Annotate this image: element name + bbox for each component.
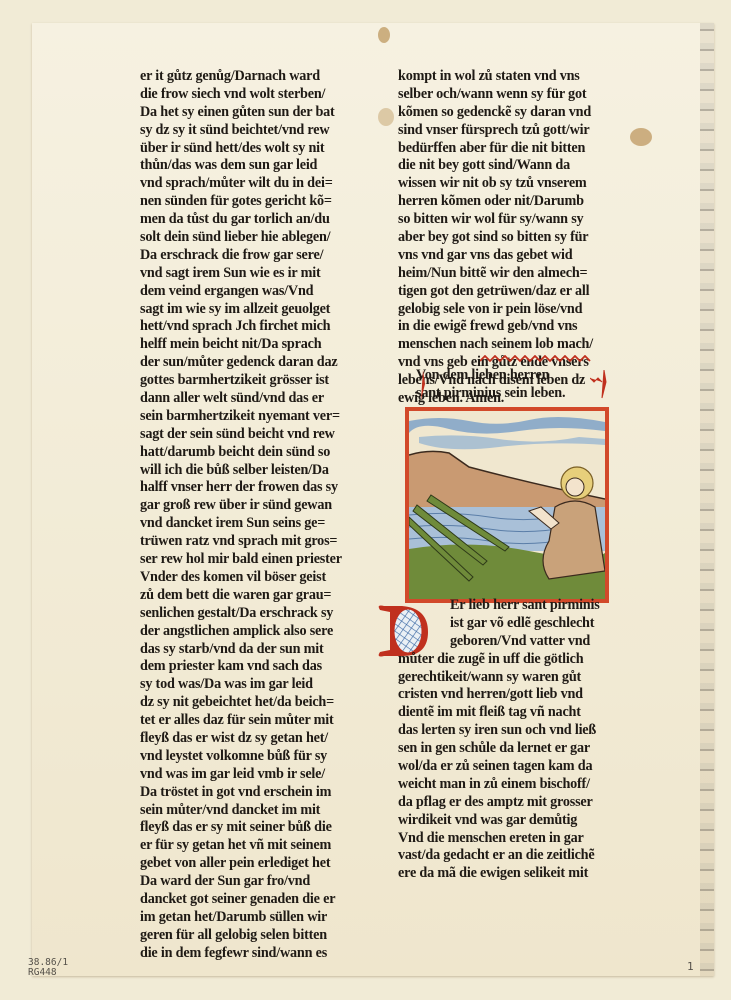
text-line: sein můter/vnd dancket im mit: [140, 802, 360, 820]
text-line: vnd leystet volkomne bůß für sy: [140, 748, 360, 766]
text-line: wol/da er zů seinen tagen kam da: [398, 758, 618, 776]
text-line: gar groß rew über ir sünd gewan: [140, 497, 360, 515]
text-line: menschen nach seinem lob mach/: [398, 336, 618, 354]
text-line: da pflag er des amptz mit grosser: [398, 794, 618, 812]
text-line: zů dem bett die waren gar grau=: [140, 587, 360, 605]
text-line: Vnder des komen vil böser geist: [140, 569, 360, 587]
text-line: sagt der sein sünd beicht vnd rew: [140, 426, 360, 444]
text-line: der sun/můter gedenck daran daz: [140, 354, 360, 372]
text-line: kõmen so gedenckẽ sy daran vnd: [398, 104, 618, 122]
text-line: ere da mã die ewigen selikeit mit: [398, 865, 618, 883]
text-line: so bitten wir wol für sy/wann sy: [398, 211, 618, 229]
text-line: er für sy getan het vñ mit seinem: [140, 837, 360, 855]
text-column-left: er it gůtz genůg/Darnach warddie frow si…: [140, 68, 360, 963]
text-line: vnd dancket irem Sun seins ge=: [140, 515, 360, 533]
text-line: helff mein beicht nit/Da sprach: [140, 336, 360, 354]
text-line: Er lieb herr sant pirminis: [398, 597, 618, 615]
rubric-stroke: [590, 370, 610, 400]
text-line: dann aller welt sünd/vnd das er: [140, 390, 360, 408]
text-line: über ir sünd hett/des wolt sy nit: [140, 140, 360, 158]
text-line: selber och/wann wenn sy für got: [398, 86, 618, 104]
text-line: vns vnd gar vns das gebet wid: [398, 247, 618, 265]
text-line: herren kõmen oder nit/Darumb: [398, 193, 618, 211]
text-line: sen in gen schůle da lernet er gar: [398, 740, 618, 758]
text-line: aber bey got sind so bitten sy für: [398, 229, 618, 247]
text-line: tigen got den getrüwen/daz er all: [398, 283, 618, 301]
text-line: cristen vnd herren/gott lieb vnd: [398, 686, 618, 704]
text-line: hett/vnd sprach Jch firchet mich: [140, 318, 360, 336]
text-line: sein barmhertzikeit nyemant ver=: [140, 408, 360, 426]
text-line: weicht man in zů einem bischoff/: [398, 776, 618, 794]
text-line: der angstlichen amplick also sere: [140, 623, 360, 641]
text-line: fleyß das er sy mit seiner bůß die: [140, 819, 360, 837]
text-line: dientẽ im mit fleiß tag vñ nacht: [398, 704, 618, 722]
text-line: wirdikeit vnd was gar demůtig: [398, 812, 618, 830]
text-line: im getan het/Darumb süllen wir: [140, 909, 360, 927]
text-line: Da het sy einen gůten sun der bat: [140, 104, 360, 122]
text-line: sagt im wie sy im allzeit geuolget: [140, 301, 360, 319]
rubric-flourish: [480, 355, 620, 365]
text-line: wissen wir nit ob sy tzů vnserem: [398, 175, 618, 193]
text-line: kompt in wol zů staten vnd vns: [398, 68, 618, 86]
text-line: dem veind ergangen was/Vnd: [140, 283, 360, 301]
text-line: vnd sprach/můter wilt du in dei=: [140, 175, 360, 193]
text-line: ist gar võ edlẽ geschlecht: [398, 615, 618, 633]
text-line: Da erschrack die frow gar sere/: [140, 247, 360, 265]
foxing-stain: [378, 108, 394, 126]
text-line: dem priester kam vnd sach das: [140, 658, 360, 676]
text-line: thůn/das was dem sun gar leid: [140, 157, 360, 175]
text-line: heim/Nun bittẽ wir den almech=: [398, 265, 618, 283]
text-line: fleyß das er wist dz sy getan het/: [140, 730, 360, 748]
folio-number: 1: [687, 960, 694, 973]
text-line: dancket got seiner genaden die er: [140, 891, 360, 909]
text-line: gebet von aller pein erlediget het: [140, 855, 360, 873]
text-line: men da tůst du gar torlich an/du: [140, 211, 360, 229]
text-line: nen sünden für gotes gericht kõ=: [140, 193, 360, 211]
text-column-right-bottom: Er lieb herr sant pirminisist gar võ edl…: [398, 597, 618, 883]
text-line: er it gůtz genůg/Darnach ward: [140, 68, 360, 86]
text-line: senlichen gestalt/Da erschrack sy: [140, 605, 360, 623]
text-line: Da ward der Sun gar fro/vnd: [140, 873, 360, 891]
foxing-stain: [630, 128, 652, 146]
text-line: gerechtikeit/wann sy waren gůt: [398, 669, 618, 687]
woodcut-illustration: [405, 407, 609, 603]
foxing-stain: [378, 27, 390, 43]
text-line: das lerten sy iren sun och vnd ließ: [398, 722, 618, 740]
text-line: sy tod was/Da was im gar leid: [140, 676, 360, 694]
text-line: hatt/darumb beicht dein sünd so: [140, 444, 360, 462]
text-line: dz sy nit gebeichtet het/da beich=: [140, 694, 360, 712]
text-line: solt dein sünd lieber hie ablegen/: [140, 229, 360, 247]
text-line: die nit bey gott sind/Wann da: [398, 157, 618, 175]
text-line: gelobig sele von ir pein löse/vnd: [398, 301, 618, 319]
text-line: můter die zugẽ in uff die götlich: [398, 651, 618, 669]
text-line: sind vnser fürsprech tzů gott/wir: [398, 122, 618, 140]
text-line: sy dz sy it sünd beichtet/vnd rew: [140, 122, 360, 140]
text-line: Da tröstet in got vnd erschein im: [140, 784, 360, 802]
text-line: das sy starb/vnd da der sun mit: [140, 641, 360, 659]
rubric-stroke: [418, 370, 428, 400]
text-line: geboren/Vnd vatter vnd: [398, 633, 618, 651]
text-line: will ich die bůß selber leisten/Da: [140, 462, 360, 480]
text-line: die frow siech vnd wolt sterben/: [140, 86, 360, 104]
text-line: geren für all gelobig selen bitten: [140, 927, 360, 945]
text-line: gottes barmhertzikeit grösser ist: [140, 372, 360, 390]
text-line: in die ewigẽ frewd geb/vnd vns: [398, 318, 618, 336]
text-line: Vnd die menschen ereten in gar: [398, 830, 618, 848]
text-line: vnd was im gar leid vmb ir sele/: [140, 766, 360, 784]
text-line: trüwen ratz vnd sprach mit gros=: [140, 533, 360, 551]
text-line: halff vnser herr der frowen das sy: [140, 479, 360, 497]
text-line: die in dem fegfewr sind/wann es: [140, 945, 360, 963]
text-line: bedürffen aber für die nit bitten: [398, 140, 618, 158]
accession-number: RG448: [28, 968, 68, 978]
catalog-marking: 38.86/1 RG448: [28, 958, 68, 978]
text-line: ser rew hol mir bald einen priester: [140, 551, 360, 569]
text-line: vnd sagt irem Sun wie es ir mit: [140, 265, 360, 283]
text-line: tet er alles daz für sein můter mit: [140, 712, 360, 730]
text-line: vast/da gedacht er an die zeitlichẽ: [398, 847, 618, 865]
